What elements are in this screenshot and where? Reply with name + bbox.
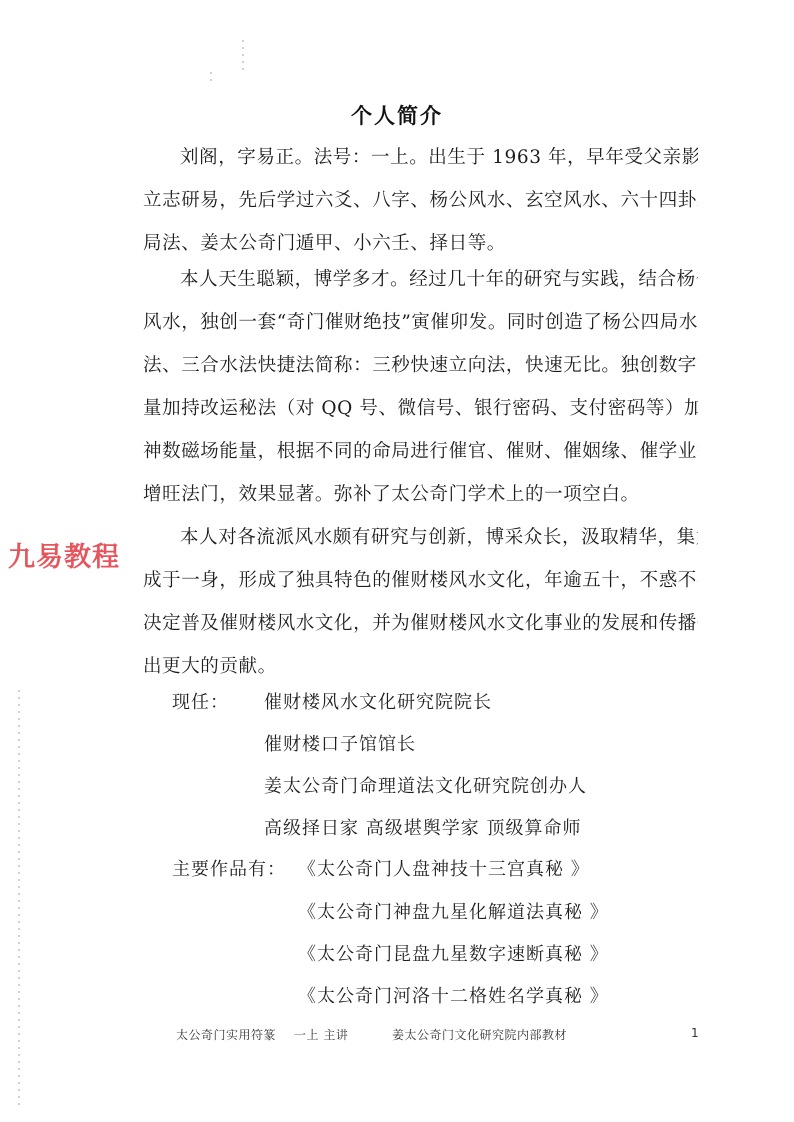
work-item: 《太公奇门人盘神技十三宫真秘 》: [298, 857, 590, 883]
positions-label: 现任：: [172, 690, 229, 716]
work-item: 《太公奇门河洛十二格姓名学真秘 》: [298, 984, 609, 1010]
work-item: 《太公奇门昆盘九星数字速断真秘 》: [298, 942, 609, 968]
watermark-logo: 九易教程: [8, 540, 120, 576]
paragraph-line: 成于一身，形成了独具特色的催财楼风水文化，年逾五十，不惑不弃，: [143, 559, 698, 602]
paragraph-line: 本人对各流派风水颇有研究与创新，博采众长，汲取精华，集大: [143, 516, 698, 559]
scan-artifact: [18, 690, 20, 1110]
paragraph-line: 增旺法门，效果显著。弥补了太公奇门学术上的一项空白。: [143, 473, 698, 516]
paragraph-line: 量加持改运秘法（对 QQ 号、微信号、银行密码、支付密码等）加持: [143, 387, 698, 430]
paragraph-line: 决定普及催财楼风水文化，并为催财楼风水文化事业的发展和传播做: [143, 602, 698, 645]
document-page: 个人简介 刘阁，字易正。法号：一上。出生于 1963 年，早年受父亲影响， 立志…: [0, 0, 794, 1122]
scan-artifact: [242, 40, 244, 70]
paragraph-line: 本人天生聪颖，博学多才。经过几十年的研究与实践，结合杨公: [143, 258, 698, 301]
position-item: 高级择日家 高级堪舆学家 顶级算命师: [264, 816, 581, 842]
paragraph-line: 风水，独创一套“奇门催财绝技”寅催卯发。同时创造了杨公四局水: [143, 301, 698, 344]
paragraph-mission: 本人对各流派风水颇有研究与创新，博采众长，汲取精华，集大 成于一身，形成了独具特…: [143, 516, 698, 688]
position-item: 催财楼风水文化研究院院长: [264, 690, 492, 716]
page-title: 个人简介: [0, 100, 794, 130]
page-number: 1: [691, 1026, 699, 1040]
work-item: 《太公奇门神盘九星化解道法真秘 》: [298, 900, 609, 926]
paragraph-line: 神数磁场能量，根据不同的命局进行催官、催财、催姻缘、催学业等: [143, 430, 698, 473]
paragraph-line: 出更大的贡献。: [143, 645, 698, 688]
position-item: 姜太公奇门命理道法文化研究院创办人: [264, 774, 587, 800]
position-item: 催财楼口子馆馆长: [264, 732, 416, 758]
footer-lecturer: 一上 主讲: [294, 1026, 348, 1043]
paragraph-achievements: 本人天生聪颖，博学多才。经过几十年的研究与实践，结合杨公 风水，独创一套“奇门催…: [143, 258, 698, 516]
paragraph-line: 刘阁，字易正。法号：一上。出生于 1963 年，早年受父亲影响，: [143, 136, 698, 179]
paragraph-intro: 刘阁，字易正。法号：一上。出生于 1963 年，早年受父亲影响， 立志研易，先后…: [143, 136, 698, 265]
footer-book-title: 太公奇门实用符篆: [176, 1026, 276, 1043]
works-label: 主要作品有：: [172, 857, 286, 883]
paragraph-line: 立志研易，先后学过六爻、八字、杨公风水、玄空风水、六十四卦立: [143, 179, 698, 222]
scan-artifact: [210, 72, 212, 82]
footer-publisher: 姜太公奇门文化研究院内部教材: [392, 1026, 567, 1043]
paragraph-line: 法、三合水法快捷法简称：三秒快速立向法，快速无比。独创数字能: [143, 344, 698, 387]
